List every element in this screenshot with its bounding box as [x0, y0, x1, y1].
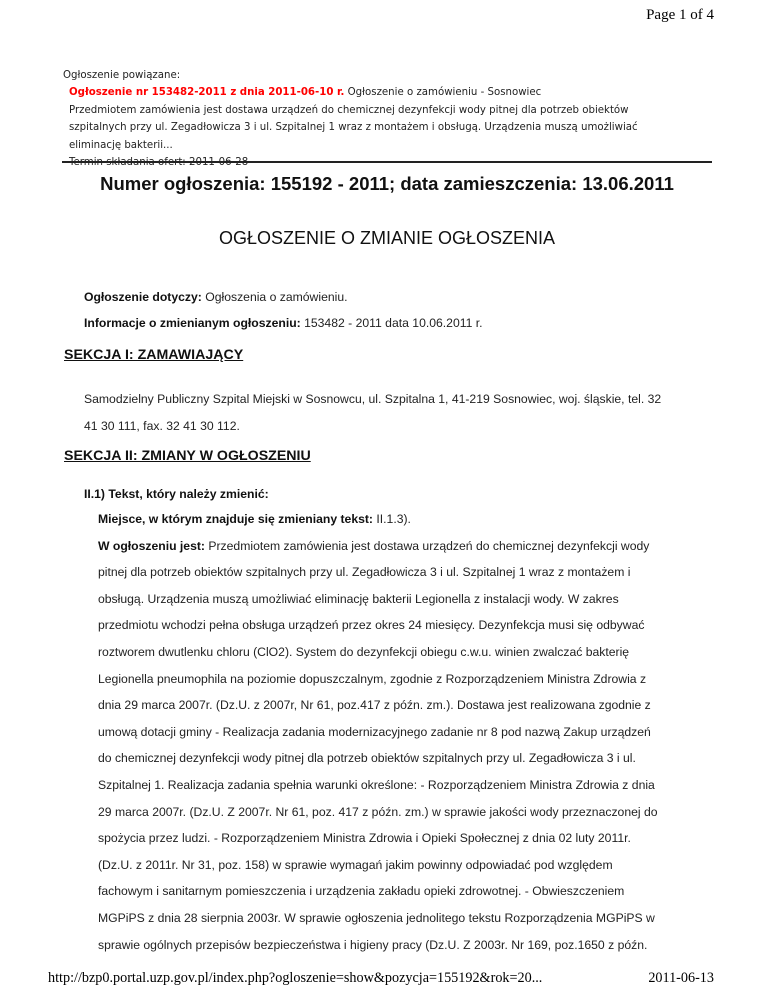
- current-text-line: obsługą. Urządzenia muszą umożliwiać eli…: [98, 586, 728, 613]
- current-text-line: do chemicznej dezynfekcji wody pitnej dl…: [98, 745, 728, 772]
- section-1-body: Samodzielny Publiczny Szpital Miejski w …: [84, 386, 724, 439]
- current-text-line: MGPiPS z dnia 28 sierpnia 2003r. W spraw…: [98, 905, 728, 932]
- section-1-line: Samodzielny Publiczny Szpital Miejski w …: [84, 386, 724, 413]
- document-title: Numer ogłoszenia: 155192 - 2011; data za…: [62, 173, 712, 195]
- horizontal-separator: [62, 161, 712, 163]
- section-2-subheading: II.1) Tekst, który należy zmienić:: [84, 487, 269, 501]
- info-concerns-value: Ogłoszenia o zamówieniu.: [202, 290, 348, 304]
- change-place-label: Miejsce, w którym znajduje się zmieniany…: [98, 512, 373, 526]
- current-text-line: (Dz.U. z 2011r. Nr 31, poz. 158) w spraw…: [98, 852, 728, 879]
- current-text-line: Legionella pneumophila na poziomie dopus…: [98, 666, 728, 693]
- current-text-line: fachowym i sanitarnym pomieszczenia i ur…: [98, 878, 728, 905]
- related-desc-line: eliminację bakterii...: [63, 137, 723, 154]
- info-changed-label: Informacje o zmienianym ogłoszeniu:: [84, 316, 301, 330]
- current-text-line: sprawie ogólnych przepisów bezpieczeństw…: [98, 932, 728, 959]
- info-concerns: Ogłoszenie dotyczy: Ogłoszenia o zamówie…: [84, 290, 348, 304]
- info-concerns-label: Ogłoszenie dotyczy:: [84, 290, 202, 304]
- related-notice: Ogłoszenie powiązane: Ogłoszenie nr 1534…: [63, 67, 723, 171]
- current-text-value: Przedmiotem zamówienia jest dostawa urzą…: [205, 539, 649, 553]
- current-text-line: 29 marca 2007r. (Dz.U. Z 2007r. Nr 61, p…: [98, 799, 728, 826]
- current-text-line: przedmiotu wchodzi pełna obsługa urządze…: [98, 612, 728, 639]
- section-1-line: 41 30 111, fax. 32 41 30 112.: [84, 413, 724, 440]
- current-text-label: W ogłoszeniu jest:: [98, 539, 205, 553]
- footer-url[interactable]: http://bzp0.portal.uzp.gov.pl/index.php?…: [48, 970, 542, 987]
- related-notice-link[interactable]: Ogłoszenie nr 153482-2011 z dnia 2011-06…: [69, 87, 344, 98]
- document-subtitle: OGŁOSZENIE O ZMIANIE OGŁOSZENIA: [62, 228, 712, 249]
- current-text-line: dnia 29 marca 2007r. (Dz.U. z 2007r, Nr …: [98, 692, 728, 719]
- current-text-line: spożycia przez ludzi. - Rozporządzeniem …: [98, 825, 728, 852]
- change-place-value: II.1.3).: [373, 512, 411, 526]
- info-changed-value: 153482 - 2011 data 10.06.2011 r.: [301, 316, 483, 330]
- page-number-header: Page 1 of 4: [646, 7, 714, 24]
- related-desc-line: szpitalnych przy ul. Zegadłowicza 3 i ul…: [63, 119, 723, 136]
- related-link-line: Ogłoszenie nr 153482-2011 z dnia 2011-06…: [63, 84, 723, 101]
- change-place: Miejsce, w którym znajduje się zmieniany…: [98, 506, 728, 533]
- current-text-line: pitnej dla potrzeb obiektów szpitalnych …: [98, 559, 728, 586]
- footer-date: 2011-06-13: [648, 970, 714, 987]
- current-text-line: umową dotacji gminy - Realizacja zadania…: [98, 719, 728, 746]
- related-link-suffix: Ogłoszenie o zamówieniu - Sosnowiec: [344, 87, 541, 98]
- current-text-first-line: W ogłoszeniu jest: Przedmiotem zamówieni…: [98, 533, 728, 560]
- current-text-line: Szpitalnej 1. Realizacja zadania spełnia…: [98, 772, 728, 799]
- info-changed-notice: Informacje o zmienianym ogłoszeniu: 1534…: [84, 316, 483, 330]
- current-text-line: roztworem dwutlenku chloru (ClO2). Syste…: [98, 639, 728, 666]
- section-2-heading: SEKCJA II: ZMIANY W OGŁOSZENIU: [64, 448, 311, 464]
- related-desc-line: Przedmiotem zamówienia jest dostawa urzą…: [63, 102, 723, 119]
- section-2-body: Miejsce, w którym znajduje się zmieniany…: [98, 506, 728, 958]
- related-label: Ogłoszenie powiązane:: [63, 67, 723, 84]
- section-1-heading: SEKCJA I: ZAMAWIAJĄCY: [64, 347, 243, 363]
